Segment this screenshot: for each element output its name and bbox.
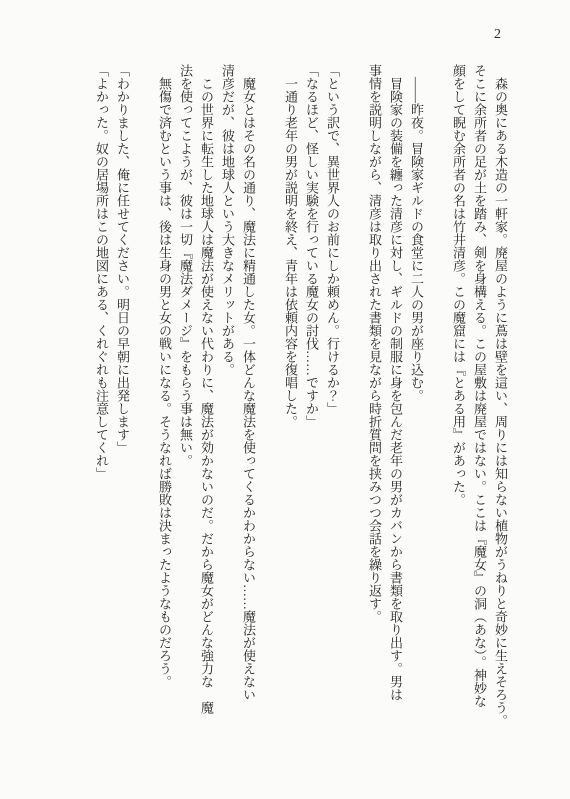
document-page: { "page": { "number": "2", "colors": { "…: [0, 0, 570, 799]
novel-page-sheet: 2 森の奥にある木造の一軒家。廃屋のように蔦は壁を這い、周りには知らない植物がう…: [0, 0, 570, 799]
text-line-recap: 一通り老年の男が説明を終え、青年は依頼内容を復唱した。: [280, 64, 301, 730]
text-line-forest-house: 森の奥にある木造の一軒家。廃屋のように蔦は壁を這い、周りには知らない植物がうねり…: [490, 64, 511, 730]
text-line-dialogue-naruhodo: 「なるほど、怪しい実験を行っている魔女の討伐……ですか」: [301, 64, 322, 730]
text-line-last-night: ――昨夜。冒険家ギルドの食堂に二人の男が座り込む。: [406, 64, 427, 730]
text-line-unharmed-battle: 無傷で済むという事は、後は生身の男と女の戦いになる。そうなれば勝敗は決まったよう…: [154, 64, 175, 730]
text-line-witch-definition: 魔女とはその名の通り、魔法に精通した女。一体どんな魔法を使ってくるかわからない……: [238, 64, 259, 730]
text-line-magic-immunity: この世界に転生した地球人は魔法が使えない代わりに、魔法が効かないのだ。だから魔女…: [196, 64, 217, 730]
text-line-stranger-steps: そこに余所者の足が土を踏み、剣を身構える。この屋敷は廃屋ではない。ここは『魔女』…: [469, 64, 490, 730]
vertical-text-block: 森の奥にある木造の一軒家。廃屋のように蔦は壁を這い、周りには知らない植物がうねり…: [91, 64, 511, 730]
text-line-guild-documents: 冒険家の装備を纏った清彦に対し、ギルドの制服に身を包んだ老年の男がカバンから書類…: [385, 64, 406, 730]
text-line-dialogue-map: 「よかった。奴の居場所はこの地図にある、くれぐれも注意してくれ」: [91, 64, 112, 730]
page-number: 2: [487, 27, 508, 43]
text-line-earthling-merit: 清彦だが、彼は地球人という大きなメリットがある。: [217, 64, 238, 730]
text-line-takei-kiyohiko: 顔をして睨む余所者の名は竹井清彦。この魔窟には『とある用』があった。: [448, 64, 469, 730]
text-line-no-magic-damage: 法を使ってこようが、彼は一切『魔法ダメージ』をもらう事は無い。: [175, 64, 196, 730]
text-line-conversation: 事情を説明しながら、清彦は取り出された書類を見ながら時折質問を挟みつつ会話を繰り…: [364, 64, 385, 730]
text-line-dialogue-request: 「という訳で、異世界人のお前にしか頼めん。行けるか？」: [322, 64, 343, 730]
text-line-dialogue-wakari: 「わかりました、俺に任せてください。明日の早朝に出発します」: [112, 64, 133, 730]
